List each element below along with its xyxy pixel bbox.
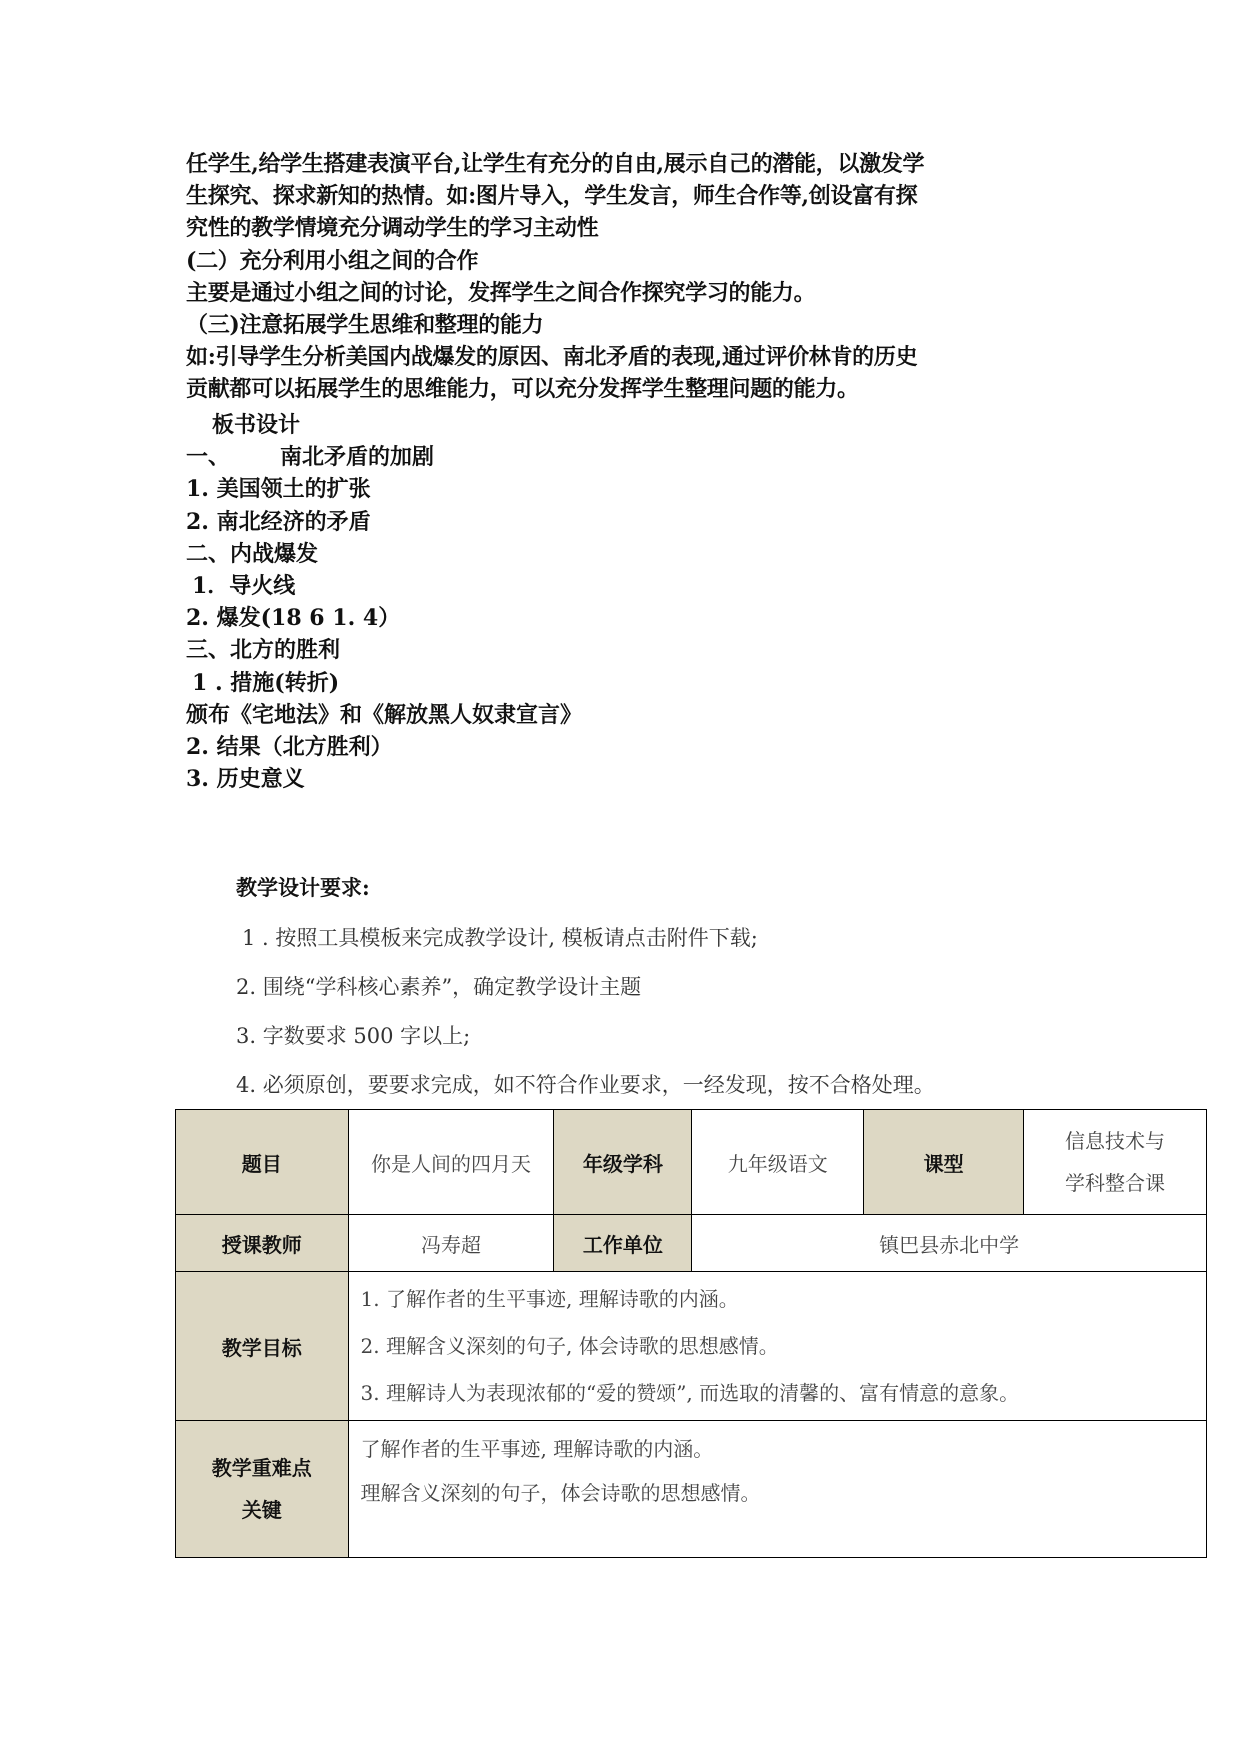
paragraph-line: 主要是通过小组之间的讨论，发挥学生之间合作探究学习的能力。 (186, 277, 1066, 309)
goal-item: 2. 理解含义深刻的句子, 体会诗歌的思想感情。 (361, 1323, 1206, 1370)
keypoints-label-line: 关键 (176, 1489, 348, 1531)
board-line: 三、北方的胜利 (186, 634, 582, 666)
goals-label: 教学目标 (176, 1272, 349, 1421)
paragraph-line: 究性的教学情境充分调动学生的学习主动性 (186, 212, 1066, 244)
board-line: 1．导火线 (186, 570, 582, 602)
goals-cell: 1. 了解作者的生平事迹, 理解诗歌的内涵。 2. 理解含义深刻的句子, 体会诗… (348, 1272, 1206, 1421)
paragraph-line: 任学生,给学生搭建表演平台,让学生有充分的自由,展示自己的潜能，以激发学 (186, 148, 1066, 180)
keypoints-cell: 了解作者的生平事迹, 理解诗歌的内涵。 理解含义深刻的句子，体会诗歌的思想感情。 (348, 1421, 1206, 1558)
requirements-title: 教学设计要求: (236, 868, 935, 918)
type-value: 信息技术与 学科整合课 (1024, 1110, 1207, 1215)
requirement-item: 3. 字数要求 500 字以上; (236, 1016, 935, 1065)
section-heading: （三)注意拓展学生思维和整理的能力 (186, 309, 1066, 341)
type-value-line: 信息技术与 (1024, 1120, 1206, 1162)
requirement-item: 4. 必须原创，要要求完成，如不符合作业要求，一经发现，按不合格处理。 (236, 1065, 935, 1114)
table-row: 授课教师 冯寿超 工作单位 镇巴县赤北中学 (176, 1215, 1207, 1272)
keypoints-label: 教学重难点 关键 (176, 1421, 349, 1558)
section-heading: (二）充分利用小组之间的合作 (186, 245, 1066, 277)
grade-label: 年级学科 (554, 1110, 692, 1215)
keypoint-item: 了解作者的生平事迹, 理解诗歌的内涵。 (361, 1427, 1206, 1471)
board-line: 一、南北矛盾的加剧 (186, 441, 582, 473)
topic-value: 你是人间的四月天 (348, 1110, 554, 1215)
table-row: 题目 你是人间的四月天 年级学科 九年级语文 课型 信息技术与 学科整合课 (176, 1110, 1207, 1215)
board-design: 板书设计 一、南北矛盾的加剧 1. 美国领土的扩张 2. 南北经济的矛盾 二、内… (186, 409, 582, 795)
keypoints-label-line: 教学重难点 (176, 1447, 348, 1489)
goal-item: 1. 了解作者的生平事迹, 理解诗歌的内涵。 (361, 1276, 1206, 1323)
grade-value: 九年级语文 (692, 1110, 864, 1215)
board-line: 2. 结果（北方胜利） (186, 731, 582, 763)
type-label: 课型 (864, 1110, 1024, 1215)
type-value-line: 学科整合课 (1024, 1162, 1206, 1204)
teacher-label: 授课教师 (176, 1215, 349, 1272)
teaching-method-text: 任学生,给学生搭建表演平台,让学生有充分的自由,展示自己的潜能，以激发学 生探究… (186, 148, 1066, 406)
paragraph-line: 生探究、探求新知的热情。如:图片导入，学生发言，师生合作等,创设富有探 (186, 180, 1066, 212)
topic-label: 题目 (176, 1110, 349, 1215)
table-row: 教学目标 1. 了解作者的生平事迹, 理解诗歌的内涵。 2. 理解含义深刻的句子… (176, 1272, 1207, 1421)
board-line: 3. 历史意义 (186, 763, 582, 795)
board-design-heading: 板书设计 (186, 409, 582, 441)
board-line: 二、内战爆发 (186, 538, 582, 570)
keypoint-item: 理解含义深刻的句子，体会诗歌的思想感情。 (361, 1471, 1206, 1515)
board-line-lead: 一、 (186, 444, 230, 470)
board-line: 2. 南北经济的矛盾 (186, 506, 582, 538)
unit-value: 镇巴县赤北中学 (692, 1215, 1207, 1272)
design-requirements: 教学设计要求: 1 . 按照工具模板来完成教学设计, 模板请点击附件下载; 2.… (236, 868, 935, 1114)
table-row: 教学重难点 关键 了解作者的生平事迹, 理解诗歌的内涵。 理解含义深刻的句子，体… (176, 1421, 1207, 1558)
board-line: 1 . 措施(转折) (186, 667, 582, 699)
board-line-text: 南北矛盾的加剧 (280, 444, 434, 470)
requirement-item: 2. 围绕“学科核心素养”，确定教学设计主题 (236, 967, 935, 1016)
lesson-info-table: 题目 你是人间的四月天 年级学科 九年级语文 课型 信息技术与 学科整合课 授课… (175, 1109, 1207, 1558)
unit-label: 工作单位 (554, 1215, 692, 1272)
board-line: 1. 美国领土的扩张 (186, 473, 582, 505)
requirement-item: 1 . 按照工具模板来完成教学设计, 模板请点击附件下载; (236, 918, 935, 967)
paragraph-line: 如:引导学生分析美国内战爆发的原因、南北矛盾的表现,通过评价林肯的历史 (186, 341, 1066, 373)
paragraph-line: 贡献都可以拓展学生的思维能力，可以充分发挥学生整理问题的能力。 (186, 373, 1066, 405)
teacher-value: 冯寿超 (348, 1215, 554, 1272)
goal-item: 3. 理解诗人为表现浓郁的“爱的赞颂”, 而选取的清馨的、富有情意的意象。 (361, 1370, 1206, 1417)
board-line: 颁布《宅地法》和《解放黑人奴隶宣言》 (186, 699, 582, 731)
board-line: 2. 爆发(18 6 1. 4） (186, 602, 582, 634)
document-page: 任学生,给学生搭建表演平台,让学生有充分的自由,展示自己的潜能，以激发学 生探究… (0, 0, 1241, 1754)
